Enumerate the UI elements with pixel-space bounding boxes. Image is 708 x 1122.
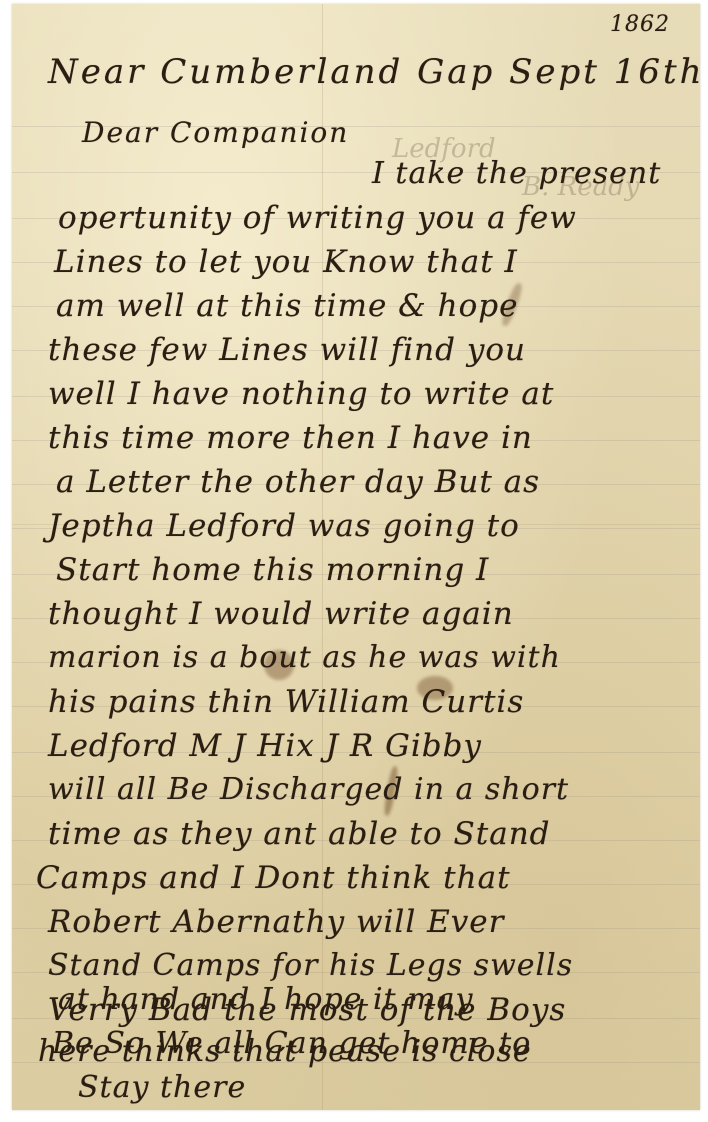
letter-line: Be So We all Can get home to [52, 1026, 531, 1061]
letter-salutation: Dear Companion [82, 116, 349, 149]
letter-line: I take the present [372, 156, 661, 191]
letter-year: 1862 [610, 12, 670, 37]
letter-line: Ledford M J Hix J R Gibby [48, 728, 482, 764]
letter-line: Lines to let you Know that I [54, 244, 518, 280]
letter-line: marion is a bout as he was with [48, 640, 561, 675]
letter-line: Robert Abernathy will Ever [48, 904, 504, 940]
letter-line: a Letter the other day But as [56, 464, 540, 500]
letter-line: well I have nothing to write at [48, 376, 554, 412]
letter-line: these few Lines will find you [48, 332, 526, 368]
letter-line: thought I would write again [48, 596, 514, 632]
letter-line: time as they ant able to Stand [48, 816, 551, 852]
letter-line: Start home this morning I [56, 552, 489, 588]
letter-line: am well at this time & hope [56, 288, 518, 324]
letter-line: Stay there [78, 1070, 246, 1105]
letter-line: will all Be Discharged in a short [48, 772, 569, 807]
letter-line: Stand Camps for his Legs swells [48, 948, 573, 983]
letter-line: Jeptha Ledford was going to [48, 508, 520, 544]
letter-line: this time more then I have in [48, 420, 533, 456]
letter-page: Ledford B. Ready 1862 Near Cumberland Ga… [12, 4, 700, 1110]
letter-line: his pains thin William Curtis [48, 684, 524, 720]
letter-line: at hand and I hope it may [58, 982, 473, 1017]
letter-line: Camps and I Dont think that [36, 860, 511, 896]
letter-heading: Near Cumberland Gap Sept 16th [48, 52, 705, 92]
letter-line: opertunity of writing you a few [58, 200, 577, 236]
